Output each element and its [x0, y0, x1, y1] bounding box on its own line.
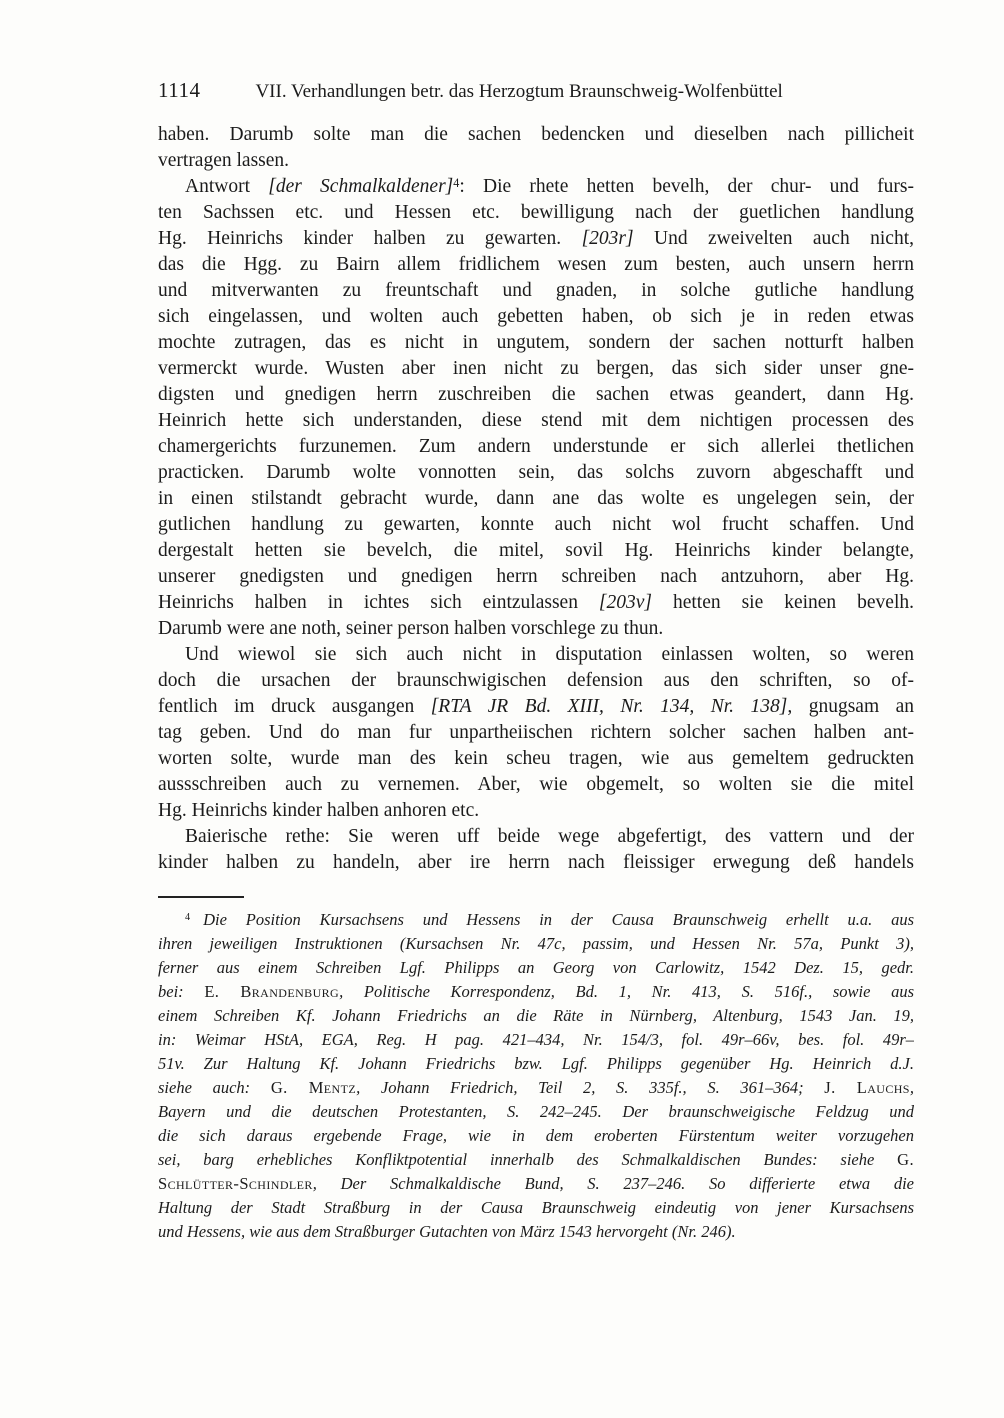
- text-line: dergestalt hetten sie bevelch, die mitel…: [158, 538, 914, 564]
- text-segment: gnugsam an: [792, 696, 914, 717]
- text-line: digsten und gnedigen herrn zuschreiben d…: [158, 382, 914, 408]
- text-segment: und Hessens, wie aus dem Straßburger Gut…: [158, 1222, 736, 1241]
- body-text: haben. Darumb solte man die sachen beden…: [158, 122, 914, 876]
- text-segment: haben. Darumb solte man die sachen beden…: [158, 124, 914, 145]
- text-line: einem Schreiben Kf. Johann Friedrichs an…: [158, 1004, 914, 1028]
- text-line: und mitverwanten zu freuntschaft und gna…: [158, 278, 914, 304]
- text-line: Und wiewol sie sich auch nicht in disput…: [158, 642, 914, 668]
- text-segment: tag geben. Und do man fur unpartheiische…: [158, 722, 914, 743]
- text-segment: ten Sachssen etc. und Hessen etc. bewill…: [158, 202, 914, 223]
- text-segment: Die Position Kursachsens und Hessens in …: [203, 910, 914, 929]
- text-line: 4Die Position Kursachsens und Hessens in…: [158, 908, 914, 932]
- page-content: 1114 VII. Verhandlungen betr. das Herzog…: [158, 78, 914, 1244]
- text-segment: kinder halben zu handeln, aber ire herrn…: [158, 852, 914, 873]
- text-segment: das die Hgg. zu Bairn allem fridlichem w…: [158, 254, 914, 275]
- text-segment: E. Brandenburg: [204, 982, 339, 1001]
- text-segment: sich eingelassen, und wolten auch gebett…: [158, 306, 914, 327]
- text-line: Heinrich hette sich understanden, diese …: [158, 408, 914, 434]
- text-segment: mochte zutragen, das es nicht in ungutem…: [158, 332, 914, 353]
- text-line: in einen stilstandt gebracht wurde, dann…: [158, 486, 914, 512]
- text-line: das die Hgg. zu Bairn allem fridlichem w…: [158, 252, 914, 278]
- text-line: doch die ursachen der braunschwigischen …: [158, 668, 914, 694]
- text-segment: vertragen lassen.: [158, 150, 289, 171]
- text-line: worten solte, wurde man des kein scheu t…: [158, 746, 914, 772]
- text-segment: hetten sie keinen bevelh.: [652, 592, 914, 613]
- text-line: Haltung der Stadt Straßburg in der Causa…: [158, 1196, 914, 1220]
- text-line: gutlichen handlung zu gewarten, konnte a…: [158, 512, 914, 538]
- text-segment: in: Weimar HStA, EGA, Reg. H pag. 421–43…: [158, 1030, 914, 1049]
- text-line: sei, barg erhebliches Konfliktpotential …: [158, 1148, 914, 1172]
- text-line: sich eingelassen, und wolten auch gebett…: [158, 304, 914, 330]
- text-segment: J. Lauchs: [824, 1078, 910, 1097]
- text-segment: Und zweivelten auch nicht,: [634, 228, 914, 249]
- text-segment: Und wiewol sie sich auch nicht in disput…: [185, 644, 914, 665]
- text-line: vertragen lassen.: [158, 148, 914, 174]
- footnote-separator: [158, 896, 244, 898]
- text-segment: Hg. Heinrichs kinder halben zu gewarten.: [158, 228, 582, 249]
- text-segment: in einen stilstandt gebracht wurde, dann…: [158, 488, 914, 509]
- text-segment: bei:: [158, 982, 204, 1001]
- text-segment: worten solte, wurde man des kein scheu t…: [158, 748, 914, 769]
- text-segment: chamergerichts furzunemen. Zum andern un…: [158, 436, 914, 457]
- text-segment: practicken. Darumb wolte vonnotten sein,…: [158, 462, 914, 483]
- text-line: und Hessens, wie aus dem Straßburger Gut…: [158, 1220, 914, 1244]
- text-segment: und mitverwanten zu freuntschaft und gna…: [158, 280, 914, 301]
- text-segment: Bayern und die deutschen Protestanten, S…: [158, 1102, 914, 1121]
- text-segment: doch die ursachen der braunschwigischen …: [158, 670, 914, 691]
- text-line: Schlütter-Schindler, Der Schmalkaldische…: [158, 1172, 914, 1196]
- text-segment: Hg. Heinrichs kinder halben anhoren etc.: [158, 800, 479, 821]
- text-line: Antwort [der Schmalkaldener]4: Die rhete…: [158, 174, 914, 200]
- book-page: 1114 VII. Verhandlungen betr. das Herzog…: [0, 0, 1004, 1418]
- text-segment: aussschreiben auch zu vernemen. Aber, wi…: [158, 774, 914, 795]
- text-segment: [203v]: [599, 592, 652, 613]
- text-line: Hg. Heinrichs kinder halben anhoren etc.: [158, 798, 914, 824]
- text-line: ten Sachssen etc. und Hessen etc. bewill…: [158, 200, 914, 226]
- text-segment: siehe auch:: [158, 1078, 271, 1097]
- text-line: haben. Darumb solte man die sachen beden…: [158, 122, 914, 148]
- footnote-text: 4Die Position Kursachsens und Hessens in…: [158, 908, 914, 1244]
- text-line: unserer gnedigsten und gnedigen herrn sc…: [158, 564, 914, 590]
- text-segment: ,: [910, 1078, 914, 1097]
- text-line: aussschreiben auch zu vernemen. Aber, wi…: [158, 772, 914, 798]
- running-title: VII. Verhandlungen betr. das Herzogtum B…: [255, 81, 782, 103]
- text-line: bei: E. Brandenburg, Politische Korrespo…: [158, 980, 914, 1004]
- text-segment: , Der Schmalkaldische Bund, S. 237–246. …: [313, 1174, 914, 1193]
- text-line: die sich daraus ergebende Frage, wie in …: [158, 1124, 914, 1148]
- text-segment: ihren jeweiligen Instruktionen (Kursachs…: [158, 934, 914, 953]
- text-segment: , Johann Friedrich, Teil 2, S. 335f., S.…: [356, 1078, 824, 1097]
- text-segment: gutlichen handlung zu gewarten, konnte a…: [158, 514, 914, 535]
- text-line: fentlich im druck ausgangen [RTA JR Bd. …: [158, 694, 914, 720]
- text-segment: : Die rhete hetten bevelh, der chur- und…: [459, 176, 914, 197]
- text-segment: 51v. Zur Haltung Kf. Johann Friedrichs b…: [158, 1054, 914, 1073]
- text-line: in: Weimar HStA, EGA, Reg. H pag. 421–43…: [158, 1028, 914, 1052]
- text-line: Heinrichs halben in ichtes sich eintzula…: [158, 590, 914, 616]
- text-line: kinder halben zu handeln, aber ire herrn…: [158, 850, 914, 876]
- text-segment: , Politische Korrespondenz, Bd. 1, Nr. 4…: [339, 982, 914, 1001]
- text-segment: Antwort: [185, 176, 268, 197]
- text-segment: G. Mentz: [271, 1078, 356, 1097]
- text-segment: fentlich im druck ausgangen: [158, 696, 431, 717]
- text-segment: unserer gnedigsten und gnedigen herrn sc…: [158, 566, 914, 587]
- text-segment: G.: [897, 1150, 914, 1169]
- text-segment: sei, barg erhebliches Konfliktpotential …: [158, 1150, 897, 1169]
- text-segment: [RTA JR Bd. XIII, Nr. 134, Nr. 138],: [431, 696, 793, 717]
- text-segment: Baierische rethe: Sie weren uff beide we…: [185, 826, 914, 847]
- text-line: tag geben. Und do man fur unpartheiische…: [158, 720, 914, 746]
- text-line: Baierische rethe: Sie weren uff beide we…: [158, 824, 914, 850]
- text-segment: Heinrich hette sich understanden, diese …: [158, 410, 914, 431]
- text-segment: vermerckt wurde. Wusten aber inen nicht …: [158, 358, 914, 379]
- text-segment: dergestalt hetten sie bevelch, die mitel…: [158, 540, 914, 561]
- running-header: 1114 VII. Verhandlungen betr. das Herzog…: [158, 78, 914, 104]
- text-segment: Heinrichs halben in ichtes sich eintzula…: [158, 592, 599, 613]
- text-line: chamergerichts furzunemen. Zum andern un…: [158, 434, 914, 460]
- text-segment: ferner aus einem Schreiben Lgf. Philipps…: [158, 958, 914, 977]
- text-segment: Schlütter-Schindler: [158, 1174, 313, 1193]
- text-line: Darumb were ane noth, seiner person halb…: [158, 616, 914, 642]
- text-line: Hg. Heinrichs kinder halben zu gewarten.…: [158, 226, 914, 252]
- text-line: ihren jeweiligen Instruktionen (Kursachs…: [158, 932, 914, 956]
- text-segment: [203r]: [582, 228, 634, 249]
- text-segment: Darumb were ane noth, seiner person halb…: [158, 618, 663, 639]
- page-number: 1114: [158, 78, 200, 103]
- footnote-reference: 4: [453, 176, 459, 190]
- text-segment: Haltung der Stadt Straßburg in der Causa…: [158, 1198, 914, 1217]
- text-segment: [der Schmalkaldener]: [268, 176, 453, 197]
- text-segment: digsten und gnedigen herrn zuschreiben d…: [158, 384, 914, 405]
- text-line: vermerckt wurde. Wusten aber inen nicht …: [158, 356, 914, 382]
- text-line: Bayern und die deutschen Protestanten, S…: [158, 1100, 914, 1124]
- text-segment: einem Schreiben Kf. Johann Friedrichs an…: [158, 1006, 914, 1025]
- text-line: ferner aus einem Schreiben Lgf. Philipps…: [158, 956, 914, 980]
- text-line: mochte zutragen, das es nicht in ungutem…: [158, 330, 914, 356]
- text-line: siehe auch: G. Mentz, Johann Friedrich, …: [158, 1076, 914, 1100]
- footnote-reference: 4: [185, 912, 190, 923]
- text-segment: die sich daraus ergebende Frage, wie in …: [158, 1126, 914, 1145]
- text-line: practicken. Darumb wolte vonnotten sein,…: [158, 460, 914, 486]
- text-line: 51v. Zur Haltung Kf. Johann Friedrichs b…: [158, 1052, 914, 1076]
